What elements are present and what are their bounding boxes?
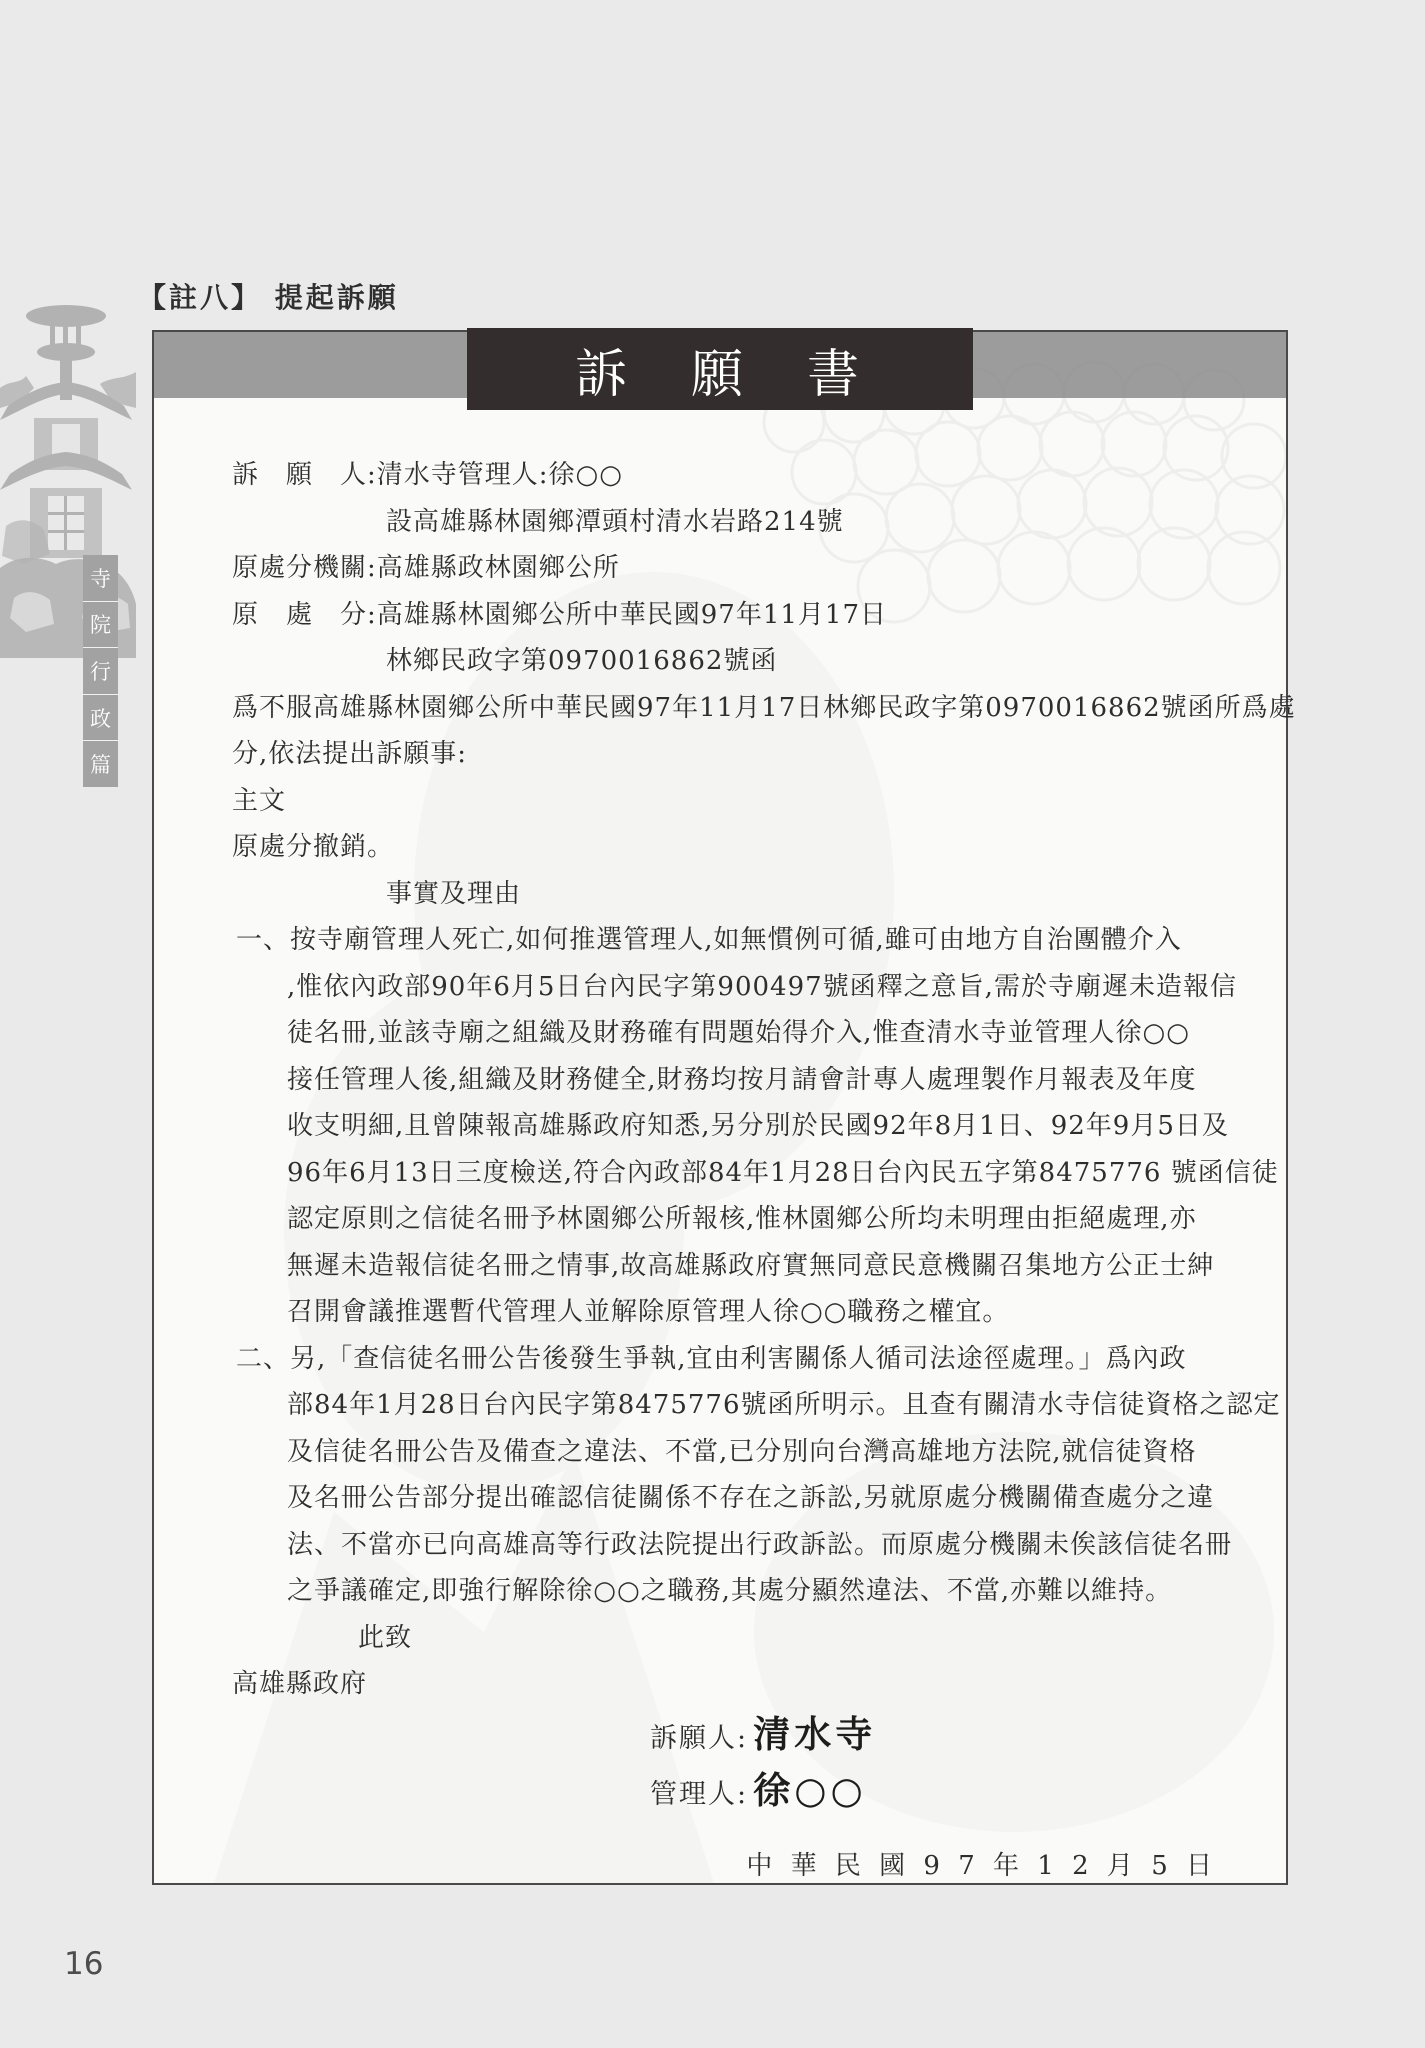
doc-line: 無遲未造報信徒名冊之情事,故高雄縣政府實無同意民意機關召集地方公正士紳 [287, 1243, 1270, 1290]
doc-line: 主文 [232, 778, 1270, 825]
doc-line: 原處分機關:高雄縣政林園鄉公所 [232, 545, 1270, 592]
book-page: 【註八】 提起訴願 寺院行政篇 訴 願 書 [0, 0, 1425, 2048]
document-title: 訴 願 書 [575, 332, 865, 407]
chapter-tab: 寺院行政篇 [83, 555, 118, 787]
chapter-tab-char: 行 [83, 647, 118, 694]
doc-line: 及名冊公告部分提出確認信徒關係不存在之訴訟,另就原處分機關備查處分之違 [287, 1475, 1270, 1522]
document-body: 訴 願 人:清水寺管理人:徐○○設高雄縣林園鄉潭頭村清水岩路214號原處分機關:… [232, 452, 1270, 1708]
chapter-tab-char: 政 [83, 694, 118, 741]
chapter-tab-char: 院 [83, 601, 118, 648]
petitioner-label: 訴願人: [650, 1723, 748, 1754]
doc-line: 之爭議確定,即強行解除徐○○之職務,其處分顯然違法、不當,亦難以維持。 [287, 1568, 1270, 1615]
signature-petitioner: 訴願人: 清水寺 [650, 1704, 876, 1758]
doc-line: 林鄉民政字第0970016862號函 [386, 638, 1270, 685]
doc-line: 部84年1月28日台內民字第8475776號函所明示。且查有關清水寺信徒資格之認… [287, 1382, 1270, 1429]
doc-line: 收支明細,且曾陳報高雄縣政府知悉,另分別於民國92年8月1日、92年9月5日及 [287, 1103, 1270, 1150]
doc-line: 原 處 分:高雄縣林園鄉公所中華民國97年11月17日 [232, 592, 1270, 639]
petitioner-name: 清水寺 [753, 1712, 876, 1756]
doc-line: 認定原則之信徒名冊予林園鄉公所報核,惟林園鄉公所均未明理由拒絕處理,亦 [287, 1196, 1270, 1243]
doc-line: 法、不當亦已向高雄高等行政法院提出行政訴訟。而原處分機關未俟該信徒名冊 [287, 1522, 1270, 1569]
chapter-tab-char: 篇 [83, 740, 118, 787]
doc-line: ,惟依內政部90年6月5日台內民字第900497號函釋之意旨,需於寺廟遲未造報信 [287, 964, 1270, 1011]
page-number: 16 [64, 1946, 103, 1982]
doc-line: 分,依法提出訴願事: [232, 731, 1270, 778]
doc-line: 召開會議推選暫代管理人並解除原管理人徐○○職務之權宜。 [287, 1289, 1270, 1336]
doc-line: 高雄縣政府 [232, 1661, 1270, 1708]
doc-line: 接任管理人後,組織及財務健全,財務均按月請會計專人處理製作月報表及年度 [287, 1057, 1270, 1104]
doc-line: 訴 願 人:清水寺管理人:徐○○ [232, 452, 1270, 499]
doc-line: 96年6月13日三度檢送,符合內政部84年1月28日台內民五字第8475776 … [287, 1150, 1270, 1197]
title-box: 訴 願 書 [467, 328, 973, 410]
doc-line: 一、按寺廟管理人死亡,如何推選管理人,如無慣例可循,雖可由地方自治團體介入 [236, 917, 1270, 964]
section-heading: 【註八】 提起訴願 [138, 276, 399, 316]
manager-label: 管理人: [650, 1779, 748, 1810]
doc-line: 設高雄縣林園鄉潭頭村清水岩路214號 [386, 499, 1270, 546]
petition-document: 訴 願 書 [152, 330, 1288, 1885]
manager-name: 徐○○ [753, 1768, 867, 1812]
chapter-tab-char: 寺 [83, 555, 118, 601]
document-date: 中 華 民 國 9 7 年 1 2 月 5 日 [746, 1845, 1217, 1882]
doc-line: 事實及理由 [386, 871, 1270, 918]
doc-line: 原處分撤銷。 [232, 824, 1270, 871]
doc-line: 及信徒名冊公告及備查之違法、不當,已分別向台灣高雄地方法院,就信徒資格 [287, 1429, 1270, 1476]
signature-manager: 管理人: 徐○○ [650, 1760, 867, 1814]
doc-line: 徒名冊,並該寺廟之組織及財務確有問題始得介入,惟查清水寺並管理人徐○○ [287, 1010, 1270, 1057]
doc-line: 爲不服高雄縣林園鄉公所中華民國97年11月17日林鄉民政字第0970016862… [232, 685, 1270, 732]
doc-line: 此致 [358, 1615, 1270, 1662]
doc-line: 二、另,「查信徒名冊公告後發生爭執,宜由利害關係人循司法途徑處理。」爲內政 [236, 1336, 1270, 1383]
